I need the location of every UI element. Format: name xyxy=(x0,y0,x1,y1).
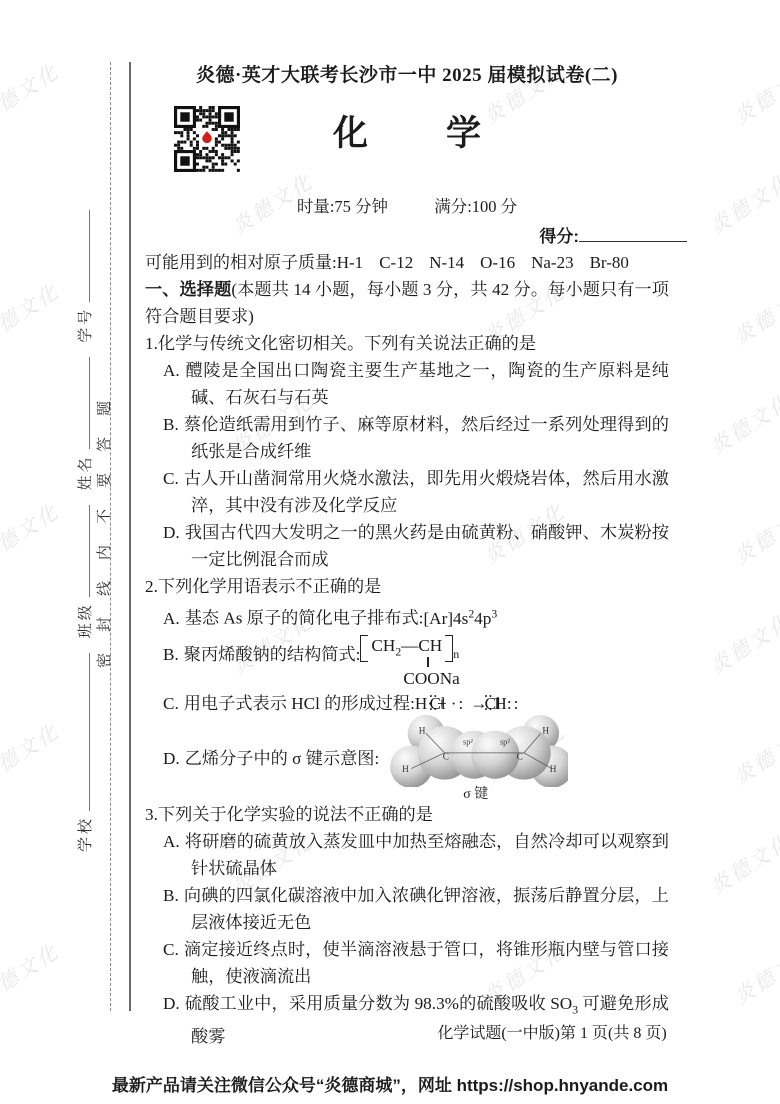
option-text: 基态 As 原子的简化电子排布式: xyxy=(185,609,424,628)
ethylene-molecule-diagram: H H H H C C sp² sp² xyxy=(383,715,568,787)
polymer-bracket-right xyxy=(445,635,453,662)
option-label: C. xyxy=(163,694,179,713)
watermark-text: 炎德文化 xyxy=(0,275,64,349)
field-class: 班级 xyxy=(78,505,94,638)
polymer-side-group: COONa xyxy=(403,665,459,692)
mass-item: Na-23 xyxy=(531,253,573,272)
polymer-structure: CH2—CHnCOONa xyxy=(360,632,459,670)
publisher-promo-line: 最新产品请关注微信公众号“炎德商城”，网址 https://shop.hnyan… xyxy=(0,1071,780,1096)
student-info-fields: 学校 班级 姓名 学号 xyxy=(74,202,95,852)
subject-char-2: 学 xyxy=(446,114,481,153)
watermark-text: 炎德文化 xyxy=(0,935,64,1009)
paper-title: 炎德·英才大联考长沙市一中 2025 届模拟试卷(二) xyxy=(135,60,679,87)
q2-option-c: C.用电子式表示 HCl 的形成过程:H·+·Cl:→H:Cl: xyxy=(145,690,669,717)
mass-item: C-12 xyxy=(379,253,413,272)
option-text: 将研磨的硫黄放入蒸发皿中加热至熔融态，自然冷却可以观察到针状硫晶体 xyxy=(185,832,669,878)
score-label: 得分: xyxy=(539,227,579,246)
full-score-label: 满分:100 分 xyxy=(434,197,517,216)
q2-option-b: B.聚丙烯酸钠的结构简式:CH2—CHnCOONa xyxy=(145,632,669,690)
mass-item: O-16 xyxy=(480,253,515,272)
option-text: 向碘的四氯化碳溶液中加入浓碘化钾溶液，振荡后静置分层，上层液体接近无色 xyxy=(184,886,669,932)
atomic-masses-label: 可能用到的相对原子质量: xyxy=(145,253,337,272)
question-area: 一、选择题(本题共 14 小题，每小题 3 分，共 42 分。每小题只有一项符合… xyxy=(145,276,669,1050)
option-text: 醴陵是全国出口陶瓷主要生产基地之一，陶瓷的生产原料是纯碱、石灰石与石英 xyxy=(185,361,669,407)
watermark-text: 炎德文化 xyxy=(704,165,780,239)
option-text: 聚丙烯酸钠的结构简式: xyxy=(184,645,361,664)
page-footer: 化学试题(一中版)第 1 页(共 8 页) xyxy=(290,1020,780,1043)
watermark-text: 炎德文化 xyxy=(728,715,780,789)
watermark-text: 炎德文化 xyxy=(728,495,780,569)
svg-text:sp²: sp² xyxy=(500,738,510,747)
field-class-label: 班级 xyxy=(78,602,94,638)
field-school-blank xyxy=(74,653,90,811)
exam-meta: 时量:75 分钟 满分:100 分 xyxy=(145,193,669,217)
field-name-label: 姓名 xyxy=(78,454,94,490)
option-label: A. xyxy=(163,361,180,380)
option-label: C. xyxy=(163,469,179,488)
q2-option-d: D.乙烯分子中的 σ 键示意图: xyxy=(145,717,669,801)
option-text: D.乙烯分子中的 σ 键示意图: xyxy=(163,745,379,772)
option-label: D. xyxy=(163,523,180,542)
q1-option-b: B.蔡伦造纸需用到竹子、麻等原材料，然后经过一系列处理得到的纸张是合成纤维 xyxy=(145,411,669,465)
q1-option-c: C.古人开山凿洞常用火烧水激法，即先用火煅烧岩体，然后用水激淬，其中没有涉及化学… xyxy=(145,465,669,519)
question-number: 2. xyxy=(145,577,158,596)
question-1: 1.化学与传统文化密切相关。下列有关说法正确的是 A.醴陵是全国出口陶瓷主要生产… xyxy=(145,330,669,573)
field-class-blank xyxy=(74,505,90,597)
q3-option-c: C.滴定接近终点时，使半滴溶液悬于管口，将锥形瓶内壁与管口接触，使液滴流出 xyxy=(145,936,669,990)
section-header: 一、选择题(本题共 14 小题，每小题 3 分，共 42 分。每小题只有一项符合… xyxy=(145,276,669,330)
svg-text:H: H xyxy=(543,726,550,736)
option-text: 古人开山凿洞常用火烧水激法，即先用火煅烧岩体，然后用水激淬，其中没有涉及化学反应 xyxy=(184,469,669,515)
seal-line-notice: 密封线内不要答题 xyxy=(93,380,114,668)
svg-text:C: C xyxy=(517,752,523,762)
option-label: B. xyxy=(163,886,179,905)
option-label: B. xyxy=(163,415,179,434)
question-2: 2.下列化学用语表示不正确的是 A.基态 As 原子的简化电子排布式:[Ar]4… xyxy=(145,573,669,801)
q1-option-a: A.醴陵是全国出口陶瓷主要生产基地之一，陶瓷的生产原料是纯碱、石灰石与石英 xyxy=(145,357,669,411)
subject-char-1: 化 xyxy=(333,114,368,153)
field-student-id-blank xyxy=(74,210,90,302)
watermark-text: 炎德文化 xyxy=(728,935,780,1009)
question-3-stem: 3.下列关于化学实验的说法不正确的是 xyxy=(145,801,669,828)
question-stem-text: 化学与传统文化密切相关。下列有关说法正确的是 xyxy=(158,334,536,353)
section-title: 一、选择题 xyxy=(145,279,231,299)
duration-label: 时量:75 分钟 xyxy=(297,197,388,216)
field-student-id: 学号 xyxy=(78,210,94,343)
svg-text:H: H xyxy=(402,764,409,774)
watermark-text: 炎德文化 xyxy=(0,715,64,789)
option-text: 我国古代四大发明之一的黑火药是由硫黄粉、硝酸钾、木炭粉按一定比例混合而成 xyxy=(185,523,669,569)
option-label: C. xyxy=(163,940,179,959)
electron-dot-formula: H·+·Cl:→H:Cl: xyxy=(415,694,519,713)
q3-option-b: B.向碘的四氯化碳溶液中加入浓碘化钾溶液，振荡后静置分层，上层液体接近无色 xyxy=(145,882,669,936)
polymer-formula: CH2—CH xyxy=(371,632,442,665)
question-number: 3. xyxy=(145,805,158,824)
option-label: A. xyxy=(163,609,180,628)
question-stem-text: 下列化学用语表示不正确的是 xyxy=(158,577,381,596)
watermark-text: 炎德文化 xyxy=(704,605,780,679)
svg-text:H: H xyxy=(550,764,557,774)
question-1-stem: 1.化学与传统文化密切相关。下列有关说法正确的是 xyxy=(145,330,669,357)
sigma-bond-caption: σ 键 xyxy=(463,788,488,802)
content-border-line xyxy=(129,62,131,1011)
q3-option-a: A.将研磨的硫黄放入蒸发皿中加热至熔融态，自然冷却可以观察到针状硫晶体 xyxy=(145,828,669,882)
watermark-text: 炎德文化 xyxy=(728,55,780,129)
watermark-text: 炎德文化 xyxy=(704,825,780,899)
score-blank-line xyxy=(579,224,687,242)
polymer-bracket-left xyxy=(360,635,368,662)
svg-text:sp²: sp² xyxy=(463,738,473,747)
watermark-text: 炎德文化 xyxy=(0,55,64,129)
mass-item: N-14 xyxy=(429,253,464,272)
field-student-id-label: 学号 xyxy=(78,307,94,343)
option-text: 滴定接近终点时，使半滴溶液悬于管口，将锥形瓶内壁与管口接触，使液滴流出 xyxy=(184,940,669,986)
watermark-text: 炎德文化 xyxy=(704,385,780,459)
option-label: B. xyxy=(163,645,179,664)
atomic-masses: 可能用到的相对原子质量:H-1C-12N-14O-16Na-23Br-80 xyxy=(145,248,645,273)
question-stem-text: 下列关于化学实验的说法不正确的是 xyxy=(158,805,433,824)
q2-option-a: A.基态 As 原子的简化电子排布式:[Ar]4s24p3 xyxy=(145,600,669,632)
option-text: 用电子式表示 HCl 的形成过程: xyxy=(184,694,415,713)
exam-paper-page: { "page": { "watermark": "炎德文化", "title"… xyxy=(0,0,780,1104)
score-box: 得分: xyxy=(539,222,687,247)
field-name-blank xyxy=(74,357,90,449)
question-2-stem: 2.下列化学用语表示不正确的是 xyxy=(145,573,669,600)
q1-option-d: D.我国古代四大发明之一的黑火药是由硫黄粉、硝酸钾、木炭粉按一定比例混合而成 xyxy=(145,519,669,573)
option-label: A. xyxy=(163,832,180,851)
option-text: 蔡伦造纸需用到竹子、麻等原材料，然后经过一系列处理得到的纸张是合成纤维 xyxy=(184,415,669,461)
field-school: 学校 xyxy=(78,653,94,852)
watermark-text: 炎德文化 xyxy=(728,275,780,349)
electron-configuration: [Ar]4s24p3 xyxy=(423,609,497,628)
mass-item: H-1 xyxy=(337,253,363,272)
question-number: 1. xyxy=(145,334,158,353)
option-label: D. xyxy=(163,994,180,1013)
watermark-text: 炎德文化 xyxy=(0,495,64,569)
field-name: 姓名 xyxy=(78,357,94,490)
subject-title: 化学 xyxy=(145,106,669,156)
sigma-bond-figure: H H H H C C sp² sp² σ 键 xyxy=(383,715,568,802)
option-label: D. xyxy=(163,749,180,768)
svg-text:C: C xyxy=(443,752,449,762)
mass-item: Br-80 xyxy=(590,253,629,272)
option-text: 硫酸工业中，采用质量分数为 98.3%的硫酸吸收 SO xyxy=(185,994,572,1013)
question-3: 3.下列关于化学实验的说法不正确的是 A.将研磨的硫黄放入蒸发皿中加热至熔融态，… xyxy=(145,801,669,1050)
field-school-label: 学校 xyxy=(78,816,94,852)
svg-text:H: H xyxy=(419,726,426,736)
